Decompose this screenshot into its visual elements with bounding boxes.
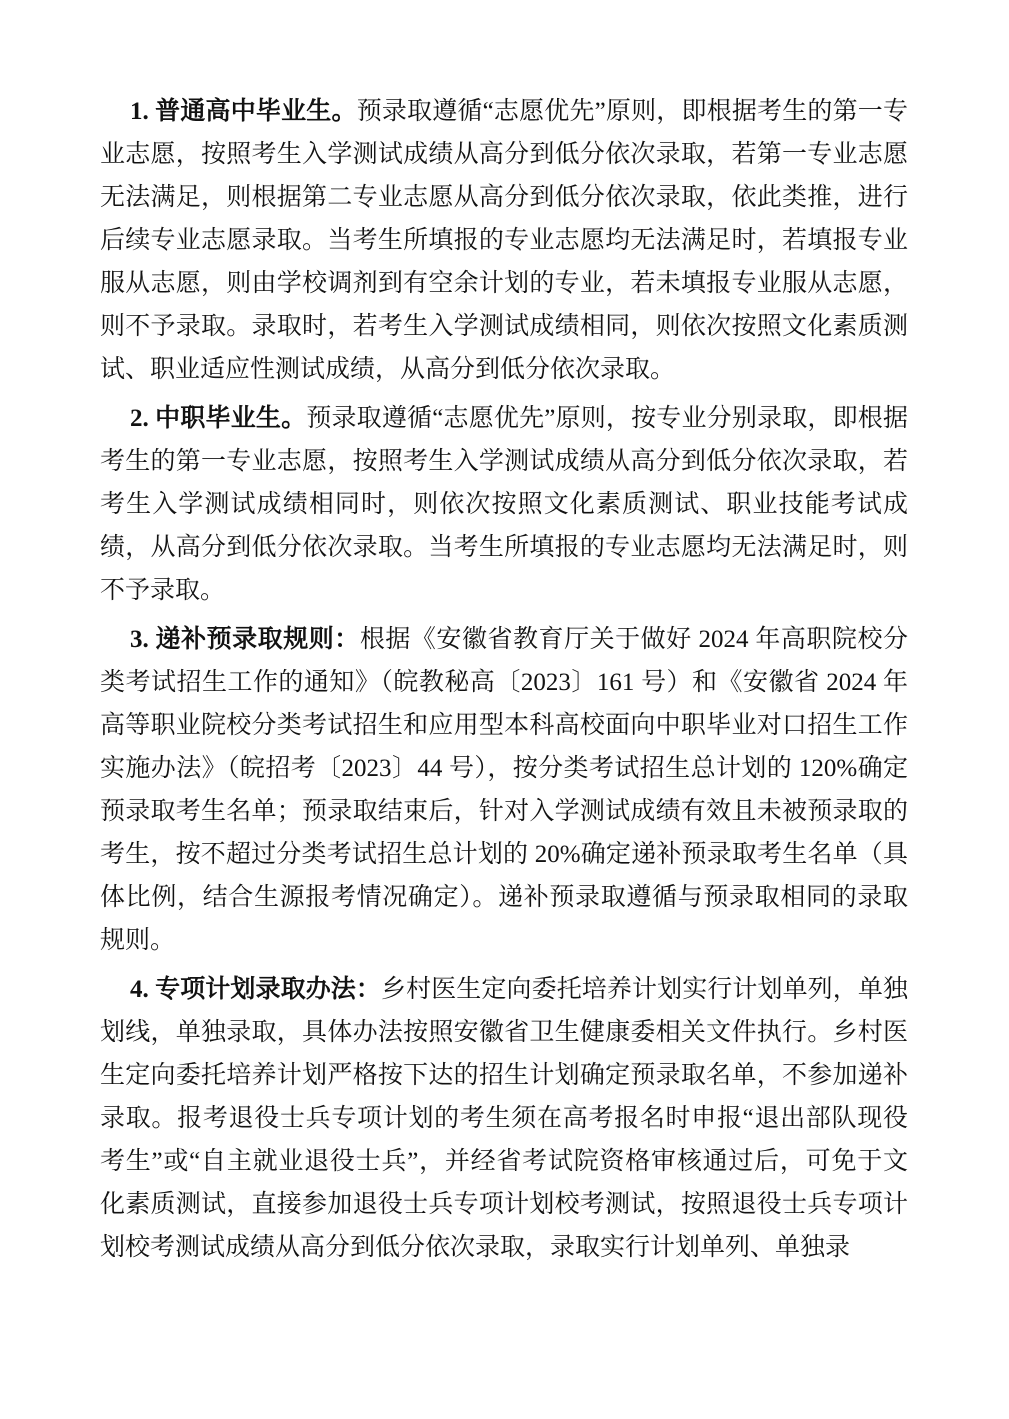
document-page: 1. 普通高中毕业生。预录取遵循“志愿优先”原则，即根据考生的第一专业志愿，按照… (0, 0, 1009, 1419)
paragraph-3-body: 根据《安徽省教育厅关于做好 2024 年高职院校分类考试招生工作的通知》（皖教秘… (100, 626, 908, 954)
paragraph-vocational-graduates: 2. 中职毕业生。预录取遵循“志愿优先”原则，按专业分别录取，即根据考生的第一专… (100, 397, 908, 612)
paragraph-1-heading: 1. 普通高中毕业生。 (130, 98, 357, 125)
paragraph-regular-hs-graduates: 1. 普通高中毕业生。预录取遵循“志愿优先”原则，即根据考生的第一专业志愿，按照… (100, 90, 908, 391)
paragraph-1-body: 预录取遵循“志愿优先”原则，即根据考生的第一专业志愿，按照考生入学测试成绩从高分… (100, 98, 908, 383)
paragraph-2-body: 预录取遵循“志愿优先”原则，按专业分别录取，即根据考生的第一专业志愿，按照考生入… (100, 405, 908, 604)
paragraph-special-plan-admission: 4. 专项计划录取办法：乡村医生定向委托培养计划实行计划单列，单独划线，单独录取… (100, 968, 908, 1269)
paragraph-4-body: 乡村医生定向委托培养计划实行计划单列，单独划线，单独录取，具体办法按照安徽省卫生… (100, 976, 908, 1261)
paragraph-2-heading: 2. 中职毕业生。 (130, 405, 306, 432)
paragraph-supplementary-admission-rules: 3. 递补预录取规则：根据《安徽省教育厅关于做好 2024 年高职院校分类考试招… (100, 618, 908, 962)
paragraph-4-heading: 4. 专项计划录取办法： (130, 976, 381, 1003)
paragraph-3-heading: 3. 递补预录取规则： (130, 626, 360, 653)
